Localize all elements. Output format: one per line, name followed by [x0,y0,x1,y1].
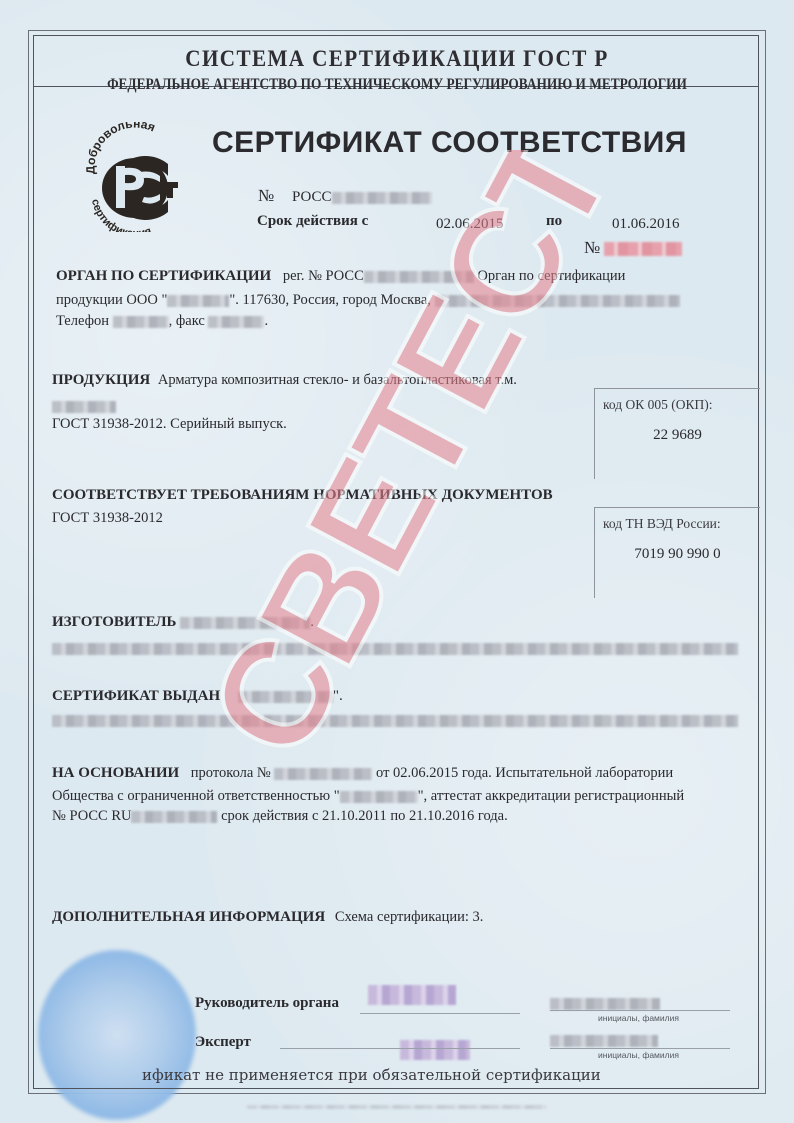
disclaimer: ификат не применяется при обязательной с… [142,1066,601,1084]
tnved-label: код ТН ВЭД России: [603,516,721,532]
form-number: № [584,238,682,258]
product-label: ПРОДУКЦИЯ [52,372,150,388]
certificate-title: СЕРТИФИКАТ СООТВЕТСТВИЯ [212,126,687,160]
printer-imprint [0,1104,794,1110]
manufacturer-address [52,640,738,658]
redacted-company [167,295,229,307]
okp-label: код ОК 005 (ОКП): [603,397,712,413]
conformity-label: СООТВЕТСТВУЕТ ТРЕБОВАНИЯМ НОРМАТИВНЫХ ДО… [52,487,553,504]
okp-value: 22 9689 [595,427,760,444]
issued-to-label: СЕРТИФИКАТ ВЫДАН [52,688,220,704]
certification-body-line2: продукции ООО "". 117630, Россия, город … [56,292,680,309]
redacted-head-name [550,998,660,1010]
expert-signature-line [280,1048,520,1049]
number-prefix: РОСС [292,189,332,205]
conformity-standard: ГОСТ 31938-2012 [52,510,163,527]
basis-line1: НА ОСНОВАНИИ протокола № от 02.06.2015 г… [52,765,673,782]
tnved-code-box: код ТН ВЭД России: 7019 90 990 0 [594,507,760,598]
valid-to: 01.06.2016 [612,216,680,233]
punct: ". [333,688,343,704]
okp-code-box: код ОК 005 (ОКП): 22 9689 [594,388,760,479]
basis-label: НА ОСНОВАНИИ [52,765,179,781]
product-description: Арматура композитная стекло- и базальтоп… [158,372,517,388]
agency-name: ФЕДЕРАЛЬНОЕ АГЕНТСТВО ПО ТЕХНИЧЕСКОМУ РЕ… [56,76,739,94]
system-title: СИСТЕМА СЕРТИФИКАЦИИ ГОСТ Р [32,46,762,72]
redacted-imprint [247,1105,547,1109]
lab-org: Общества с ограниченной ответственностью… [52,788,340,804]
accreditation-number-prefix: № РОСС RU [52,808,131,824]
head-signature-line [360,1013,520,1014]
accreditation-validity: срок действия с 21.10.2011 по 21.10.2016… [221,808,508,824]
basis-line3: № РОСС RU срок действия с 21.10.2011 по … [52,808,508,825]
tnved-value: 7019 90 990 0 [595,546,760,563]
redacted-phone [113,316,169,328]
certificate-number: № РОСС [258,186,432,206]
protocol-date: от 02.06.2015 года. Испытательной лабора… [376,765,673,781]
redacted-fax [208,316,264,328]
punct: . [264,313,268,329]
redacted-issued-to-address [52,715,738,727]
redacted-reg-number [364,271,474,283]
certification-body-line3: Телефон , факс . [56,313,268,330]
bottom-divider [33,1088,759,1089]
expert-signature-label: Эксперт [195,1034,251,1051]
manufacturer-label: ИЗГОТОВИТЕЛЬ [52,614,176,630]
additional-label: ДОПОЛНИТЕЛЬНАЯ ИНФОРМАЦИЯ [52,909,325,925]
redacted-street [435,295,680,307]
product-line1: ПРОДУКЦИЯ Арматура композитная стекло- и… [52,372,517,389]
number-label: № [258,186,274,205]
basis-line2: Общества с ограниченной ответственностью… [52,788,684,805]
certification-body-tail: Орган по сертификации [477,268,625,284]
redacted-expert-name [550,1035,658,1047]
valid-to-label: по [546,213,562,230]
valid-from: 02.06.2015 [436,216,504,233]
issued-to-line1: СЕРТИФИКАТ ВЫДАН ". [52,688,343,705]
redacted-accreditation [131,811,217,823]
certification-body-line1: ОРГАН ПО СЕРТИФИКАЦИИ рег. № РОСС Орган … [56,268,625,285]
protocol-label: протокола № [191,765,271,781]
redacted-trademark [52,401,116,413]
address-text: ". 117630, Россия, город Москва, [229,292,431,308]
rst-logo-icon: Добровольная сертификация [80,122,190,232]
product-line2 [52,398,116,416]
form-number-label: № [584,238,600,257]
stamp-seal [38,950,196,1120]
redacted-manufacturer [180,617,310,629]
fax-label: , факс [169,313,205,329]
manufacturer-line1: ИЗГОТОВИТЕЛЬ . [52,614,314,631]
redacted-issued-to [238,691,333,703]
reg-text: рег. № РОСС [283,268,364,284]
head-name-caption: инициалы, фамилия [598,1013,679,1023]
redacted-form-number [604,242,682,256]
redacted-manufacturer-address [52,643,738,655]
issued-to-address [52,712,738,730]
head-signature [368,985,456,1005]
accreditation-text: ", аттестат аккредитации регистрационный [418,788,685,804]
expert-signature [400,1040,470,1060]
expert-name-caption: инициалы, фамилия [598,1050,679,1060]
head-signature-label: Руководитель органа [195,995,339,1012]
redacted-lab [340,791,418,803]
redacted-number [332,192,432,204]
expert-name-line [550,1048,730,1049]
validity-label: Срок действия с [257,213,368,230]
certification-body-label: ОРГАН ПО СЕРТИФИКАЦИИ [56,268,271,284]
punct: . [310,614,314,630]
head-name-line [550,1010,730,1011]
phone-label: Телефон [56,313,109,329]
redacted-protocol [274,768,372,780]
additional-value: Схема сертификации: 3. [335,909,484,925]
company-prefix: продукции ООО " [56,292,167,308]
additional-info: ДОПОЛНИТЕЛЬНАЯ ИНФОРМАЦИЯ Схема сертифик… [52,909,483,926]
product-standard: ГОСТ 31938-2012. Серийный выпуск. [52,416,287,433]
